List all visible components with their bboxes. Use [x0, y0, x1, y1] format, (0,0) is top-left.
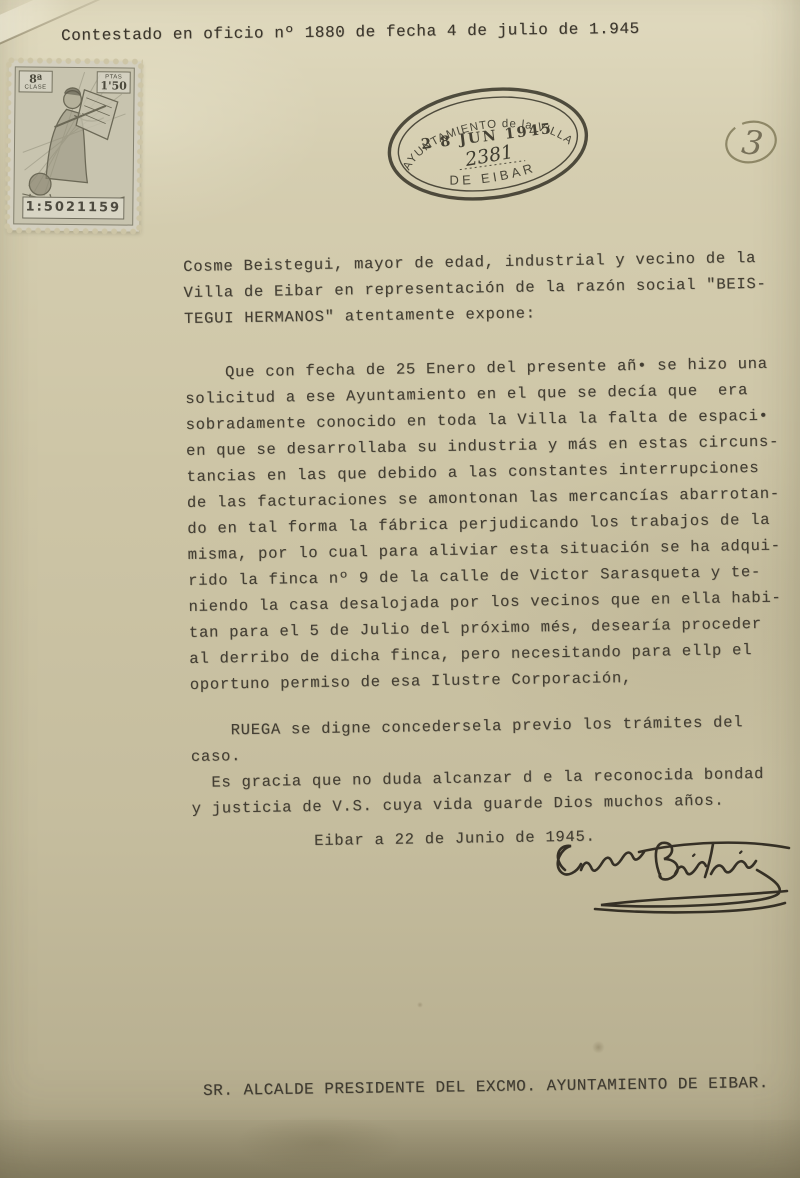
municipal-date-stamp: AYUNTAMIENTO de la VILLA 2 8 JUN 1945 23…: [376, 72, 599, 219]
intro-paragraph: Cosme Beistegui, mayor de edad, industri…: [183, 245, 788, 332]
stamp-class-label: CLASE: [20, 84, 52, 90]
scan-shadow: [0, 1120, 800, 1178]
stamp-serial-number: 1:5021159: [22, 196, 124, 219]
document-page: Contestado en oficio nº 1880 de fecha 4 …: [0, 0, 800, 1178]
stamp-class-value: 8ª: [20, 73, 52, 84]
revenue-stamp-artwork: 8ª CLASE PTAS 1'50 1:5021159: [13, 66, 135, 225]
signature: Cosme Beistegui: [543, 834, 799, 926]
request-paragraph: RUEGA se digne concedersela previo los t…: [190, 708, 795, 769]
stamp-denomination-value: 1'50: [98, 80, 130, 91]
reply-annotation: Contestado en oficio nº 1880 de fecha 4 …: [61, 20, 640, 45]
stamp-perforation-left: [4, 60, 13, 230]
letter-body: Cosme Beistegui, mayor de edad, industri…: [183, 245, 796, 856]
stamp-denomination-box: PTAS 1'50: [97, 71, 131, 93]
page-number-value: 3: [740, 122, 766, 163]
addressee-line: SR. ALCALDE PRESIDENTE DEL EXCMO. AYUNTA…: [203, 1074, 769, 1100]
stamp-perforation-bottom: [5, 226, 141, 234]
stamp-perforation-top: [7, 57, 143, 65]
exposition-paragraph: Que con fecha de 25 Enero del presente a…: [185, 350, 794, 697]
page-number-circled: 3: [714, 110, 788, 176]
revenue-stamp: 8ª CLASE PTAS 1'50 1:5021159: [7, 60, 141, 231]
stamp-perforation-right: [135, 62, 144, 232]
stamp-class-box: 8ª CLASE: [19, 70, 53, 92]
closing-paragraph: Es gracia que no duda alcanzar d e la re…: [191, 760, 796, 821]
signature-strokes-icon: [543, 834, 799, 926]
